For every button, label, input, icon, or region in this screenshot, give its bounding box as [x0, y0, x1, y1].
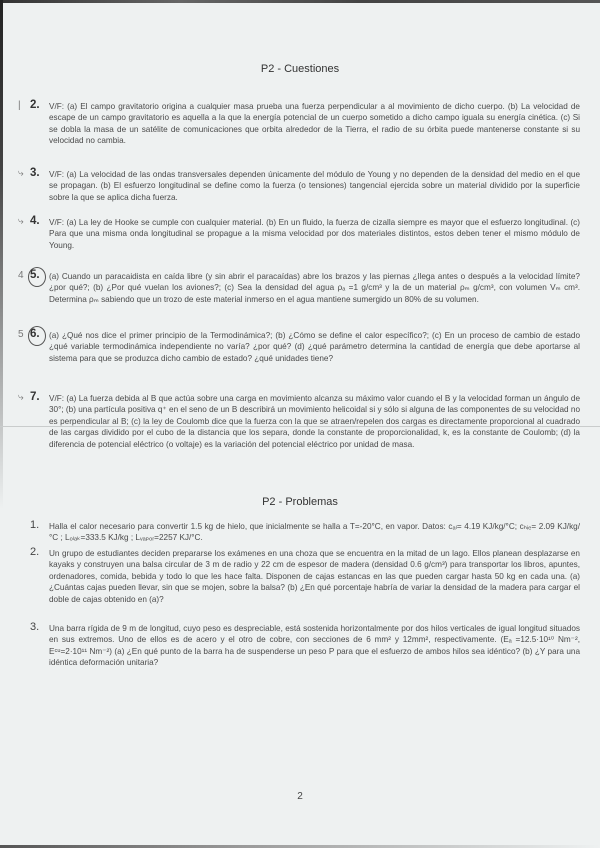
handwritten-check-icon: ⤷ [18, 168, 24, 179]
question-text: V/F: (a) El campo gravitatorio origina a… [49, 101, 580, 147]
question-number: 7. [30, 392, 40, 403]
page-number: 2 [0, 791, 600, 802]
section-title-cuestiones: P2 - Cuestiones [0, 63, 600, 75]
question-number: 2. [30, 100, 40, 111]
question-4: ⤷ 4. V/F: (a) La ley de Hooke se cumple … [30, 217, 580, 251]
problem-text: Una barra rígida de 9 m de longitud, cuy… [49, 623, 580, 669]
question-number: 6. [30, 329, 40, 340]
question-5: 4 5. (a) Cuando un paracaidista en caída… [30, 271, 580, 305]
handwritten-mark: 4 [18, 270, 24, 281]
question-number: 3. [30, 168, 40, 179]
problem-1: 1. Halla el calor necesario para convert… [30, 521, 580, 544]
question-3: ⤷ 3. V/F: (a) La velocidad de las ondas … [30, 169, 580, 203]
question-2: | 2. V/F: (a) El campo gravitatorio orig… [30, 101, 580, 147]
question-text: V/F: (a) La fuerza debida al B que actúa… [49, 393, 580, 450]
handwritten-mark: 5 [18, 329, 24, 340]
question-number: 4. [30, 216, 40, 227]
problem-2: 2. Un grupo de estudiantes deciden prepa… [30, 548, 580, 605]
scan-edge-left [0, 0, 3, 848]
scan-edge-top [0, 0, 600, 3]
handwritten-check-icon: ⤷ [18, 216, 24, 227]
problem-number: 2. [30, 547, 39, 558]
question-text: V/F: (a) La velocidad de las ondas trans… [49, 169, 580, 203]
question-text: V/F: (a) La ley de Hooke se cumple con c… [49, 217, 580, 251]
section-title-problemas: P2 - Problemas [0, 496, 600, 508]
question-text: (a) ¿Qué nos dice el primer principio de… [49, 330, 580, 364]
problem-text: Un grupo de estudiantes deciden preparar… [49, 548, 580, 605]
handwritten-mark: | [18, 100, 21, 111]
question-text: (a) Cuando un paracaidista en caída libr… [49, 271, 580, 305]
problem-number: 3. [30, 622, 39, 633]
problem-3: 3. Una barra rígida de 9 m de longitud, … [30, 623, 580, 669]
problem-text: Halla el calor necesario para convertir … [49, 521, 580, 544]
question-7: ⤷ 7. V/F: (a) La fuerza debida al B que … [30, 393, 580, 450]
question-number: 5. [30, 270, 40, 281]
question-6: 5 6. (a) ¿Qué nos dice el primer princip… [30, 330, 580, 364]
problem-number: 1. [30, 520, 39, 531]
handwritten-check-icon: ⤷ [18, 392, 24, 403]
